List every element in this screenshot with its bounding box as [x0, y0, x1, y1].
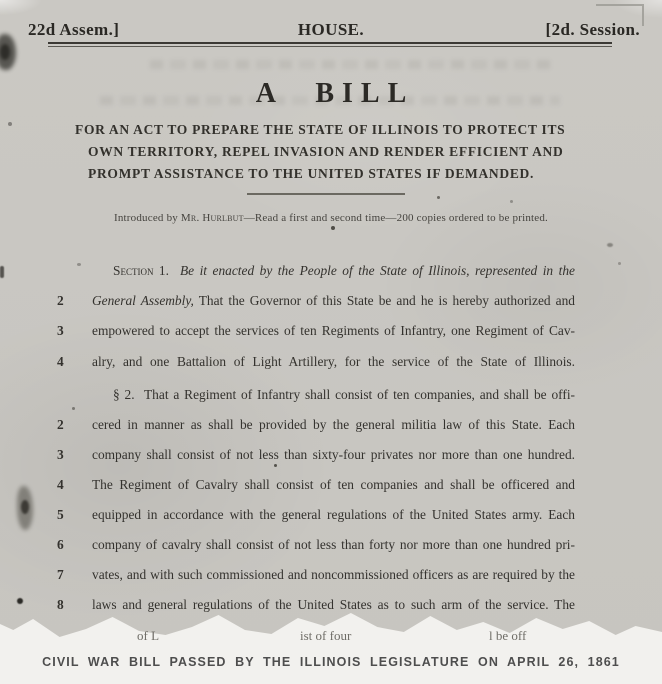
introduction-suffix: —Read a first and second time—200 copies…: [244, 212, 548, 224]
line-number: 7: [57, 567, 64, 583]
ink-speck: [8, 122, 12, 126]
introduction-prefix: Introduced by: [114, 212, 181, 224]
line-number: 5: [57, 507, 64, 523]
section1-opening-line: Section 1. Be it enacted by the People o…: [92, 263, 575, 279]
bill-line-text: laws and general regulations of the Unit…: [92, 597, 575, 612]
ink-speck: [274, 464, 277, 467]
divider-rule: [247, 193, 405, 195]
bill-line-text: empowered to accept the services of ten …: [92, 323, 575, 338]
bill-line-text: vates, and with such commissioned and no…: [92, 567, 575, 582]
ink-speck: [72, 407, 75, 410]
torn-text-fragment: of L: [137, 628, 159, 644]
act-description-line: OWN TERRITORY, REPEL INVASION AND RENDER…: [88, 141, 596, 163]
pencil-corner-mark: [596, 4, 644, 26]
introduction-note: Introduced by Mr. Hurlbut—Read a first a…: [0, 212, 662, 224]
ink-smudge: [21, 500, 29, 514]
enacting-clause: Be it enacted by the People of the State…: [180, 263, 575, 278]
document-paper: 22d Assem.] HOUSE. [2d. Session. A BILL …: [0, 0, 662, 684]
act-description-line: FOR AN ACT TO PREPARE THE STATE OF ILLIN…: [75, 119, 596, 141]
bill-line: 4The Regiment of Cavalry shall consist o…: [92, 477, 575, 493]
bill-line-text: company of cavalry shall consist of not …: [92, 537, 575, 552]
bill-line: 5equipped in accordance with the general…: [92, 507, 575, 523]
line-number: 3: [57, 323, 64, 339]
bill-line: 3company shall consist of not less than …: [92, 447, 575, 463]
ink-speck: [17, 598, 23, 604]
photo-caption: CIVIL WAR BILL PASSED BY THE ILLINOIS LE…: [0, 655, 662, 669]
ink-speck: [331, 226, 335, 230]
line-number: 2: [57, 293, 64, 309]
scanned-document-view: 22d Assem.] HOUSE. [2d. Session. A BILL …: [0, 0, 662, 684]
bill-line-text: That a Regiment of Infantry shall consis…: [144, 387, 575, 402]
bill-line: 2General Assembly, That the Governor of …: [92, 293, 575, 309]
ink-speck: [437, 196, 440, 199]
line-number: 4: [57, 477, 64, 493]
bill-line: 6company of cavalry shall consist of not…: [92, 537, 575, 553]
bill-line-text: That the Governor of this State be and h…: [194, 293, 575, 308]
bill-line-text: equipped in accordance with the general …: [92, 507, 575, 522]
ink-speck: [510, 200, 513, 203]
bill-line: 8laws and general regulations of the Uni…: [92, 597, 575, 613]
ink-speck: [618, 262, 621, 265]
bill-line: 2cered in manner as shall be provided by…: [92, 417, 575, 433]
line-number: 8: [57, 597, 64, 613]
section1-heading: Section 1.: [113, 263, 169, 278]
ink-speck: [607, 243, 613, 247]
sponsor-name: Mr. Hurlbut: [181, 212, 244, 224]
torn-text-fragment: ist of four: [300, 628, 351, 644]
header-double-rule: [48, 42, 612, 47]
line-number: 6: [57, 537, 64, 553]
bill-line: 7vates, and with such commissioned and n…: [92, 567, 575, 583]
section2-opening-line: § 2. That a Regiment of Infantry shall c…: [92, 387, 575, 403]
bill-line-text: cered in manner as shall be provided by …: [92, 417, 575, 432]
bill-line-italic: General Assembly,: [92, 293, 194, 308]
line-number: 4: [57, 354, 64, 370]
ink-speck: [0, 266, 4, 278]
act-description: FOR AN ACT TO PREPARE THE STATE OF ILLIN…: [72, 119, 596, 185]
act-description-line: PROMPT ASSISTANCE TO THE UNITED STATES I…: [88, 163, 596, 185]
torn-text-fragment: l be off: [489, 628, 526, 644]
bill-line: 3empowered to accept the services of ten…: [92, 323, 575, 339]
line-number: 3: [57, 447, 64, 463]
bill-line-text: The Regiment of Cavalry shall consist of…: [92, 477, 575, 492]
bill-line-text: company shall consist of not less than s…: [92, 447, 575, 462]
line-number: 2: [57, 417, 64, 433]
bill-title: A BILL: [0, 78, 662, 110]
ink-blot: [0, 44, 10, 60]
bill-line-text: alry, and one Battalion of Light Artille…: [92, 354, 575, 369]
section2-heading: § 2.: [113, 387, 135, 402]
bill-line: 4alry, and one Battalion of Light Artill…: [92, 354, 575, 370]
bleed-through-text: [150, 60, 555, 69]
ink-speck: [77, 263, 81, 266]
